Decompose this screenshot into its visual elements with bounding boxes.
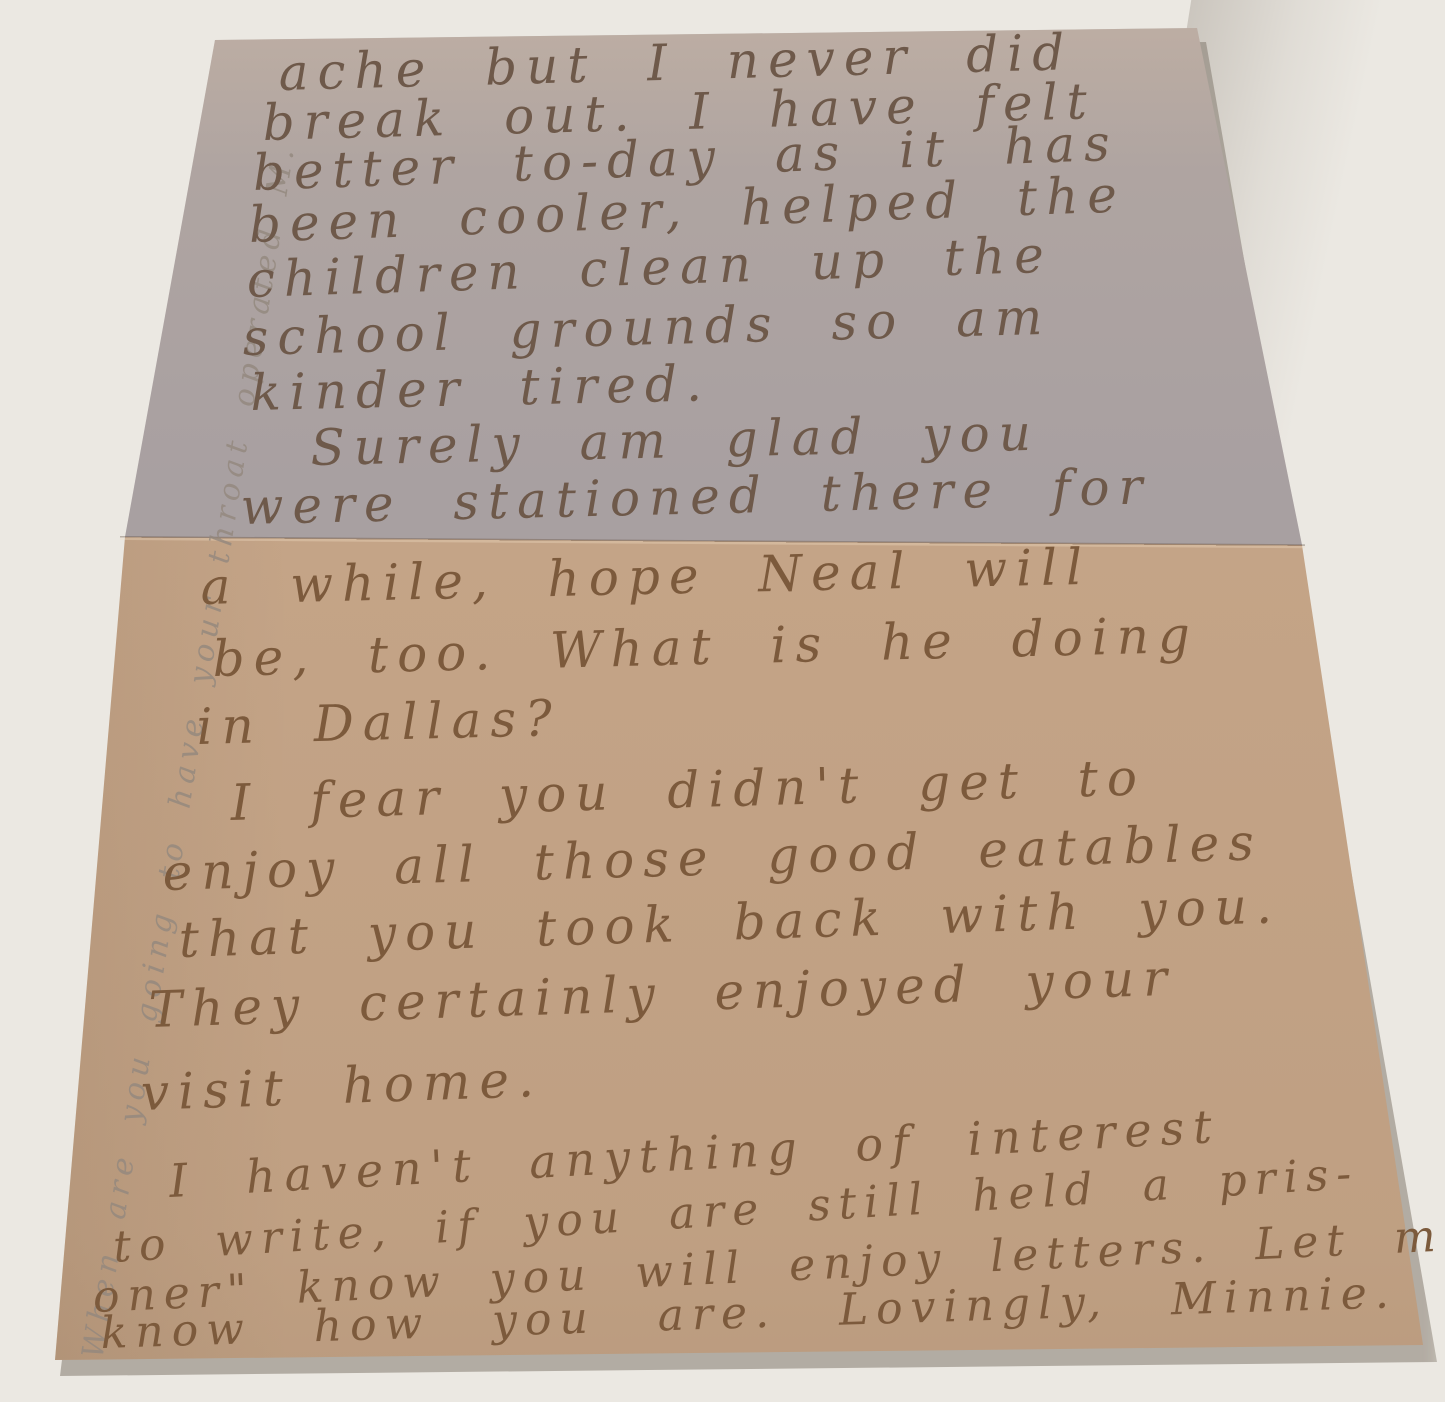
letter-line: visit home.	[140, 1054, 544, 1118]
letter-line: a while, hope Neal will	[200, 542, 1092, 612]
letter-body: ache but I never did break out. I have f…	[0, 0, 1445, 1402]
letter-line: kinder tired.	[250, 358, 711, 418]
letter-line: I fear you didn't get to	[230, 752, 1147, 828]
letter-line: be, too. What is he doing	[212, 610, 1199, 684]
letter-line: in Dallas?	[196, 693, 561, 752]
photo-background: When are you going to have your throat o…	[0, 0, 1445, 1402]
